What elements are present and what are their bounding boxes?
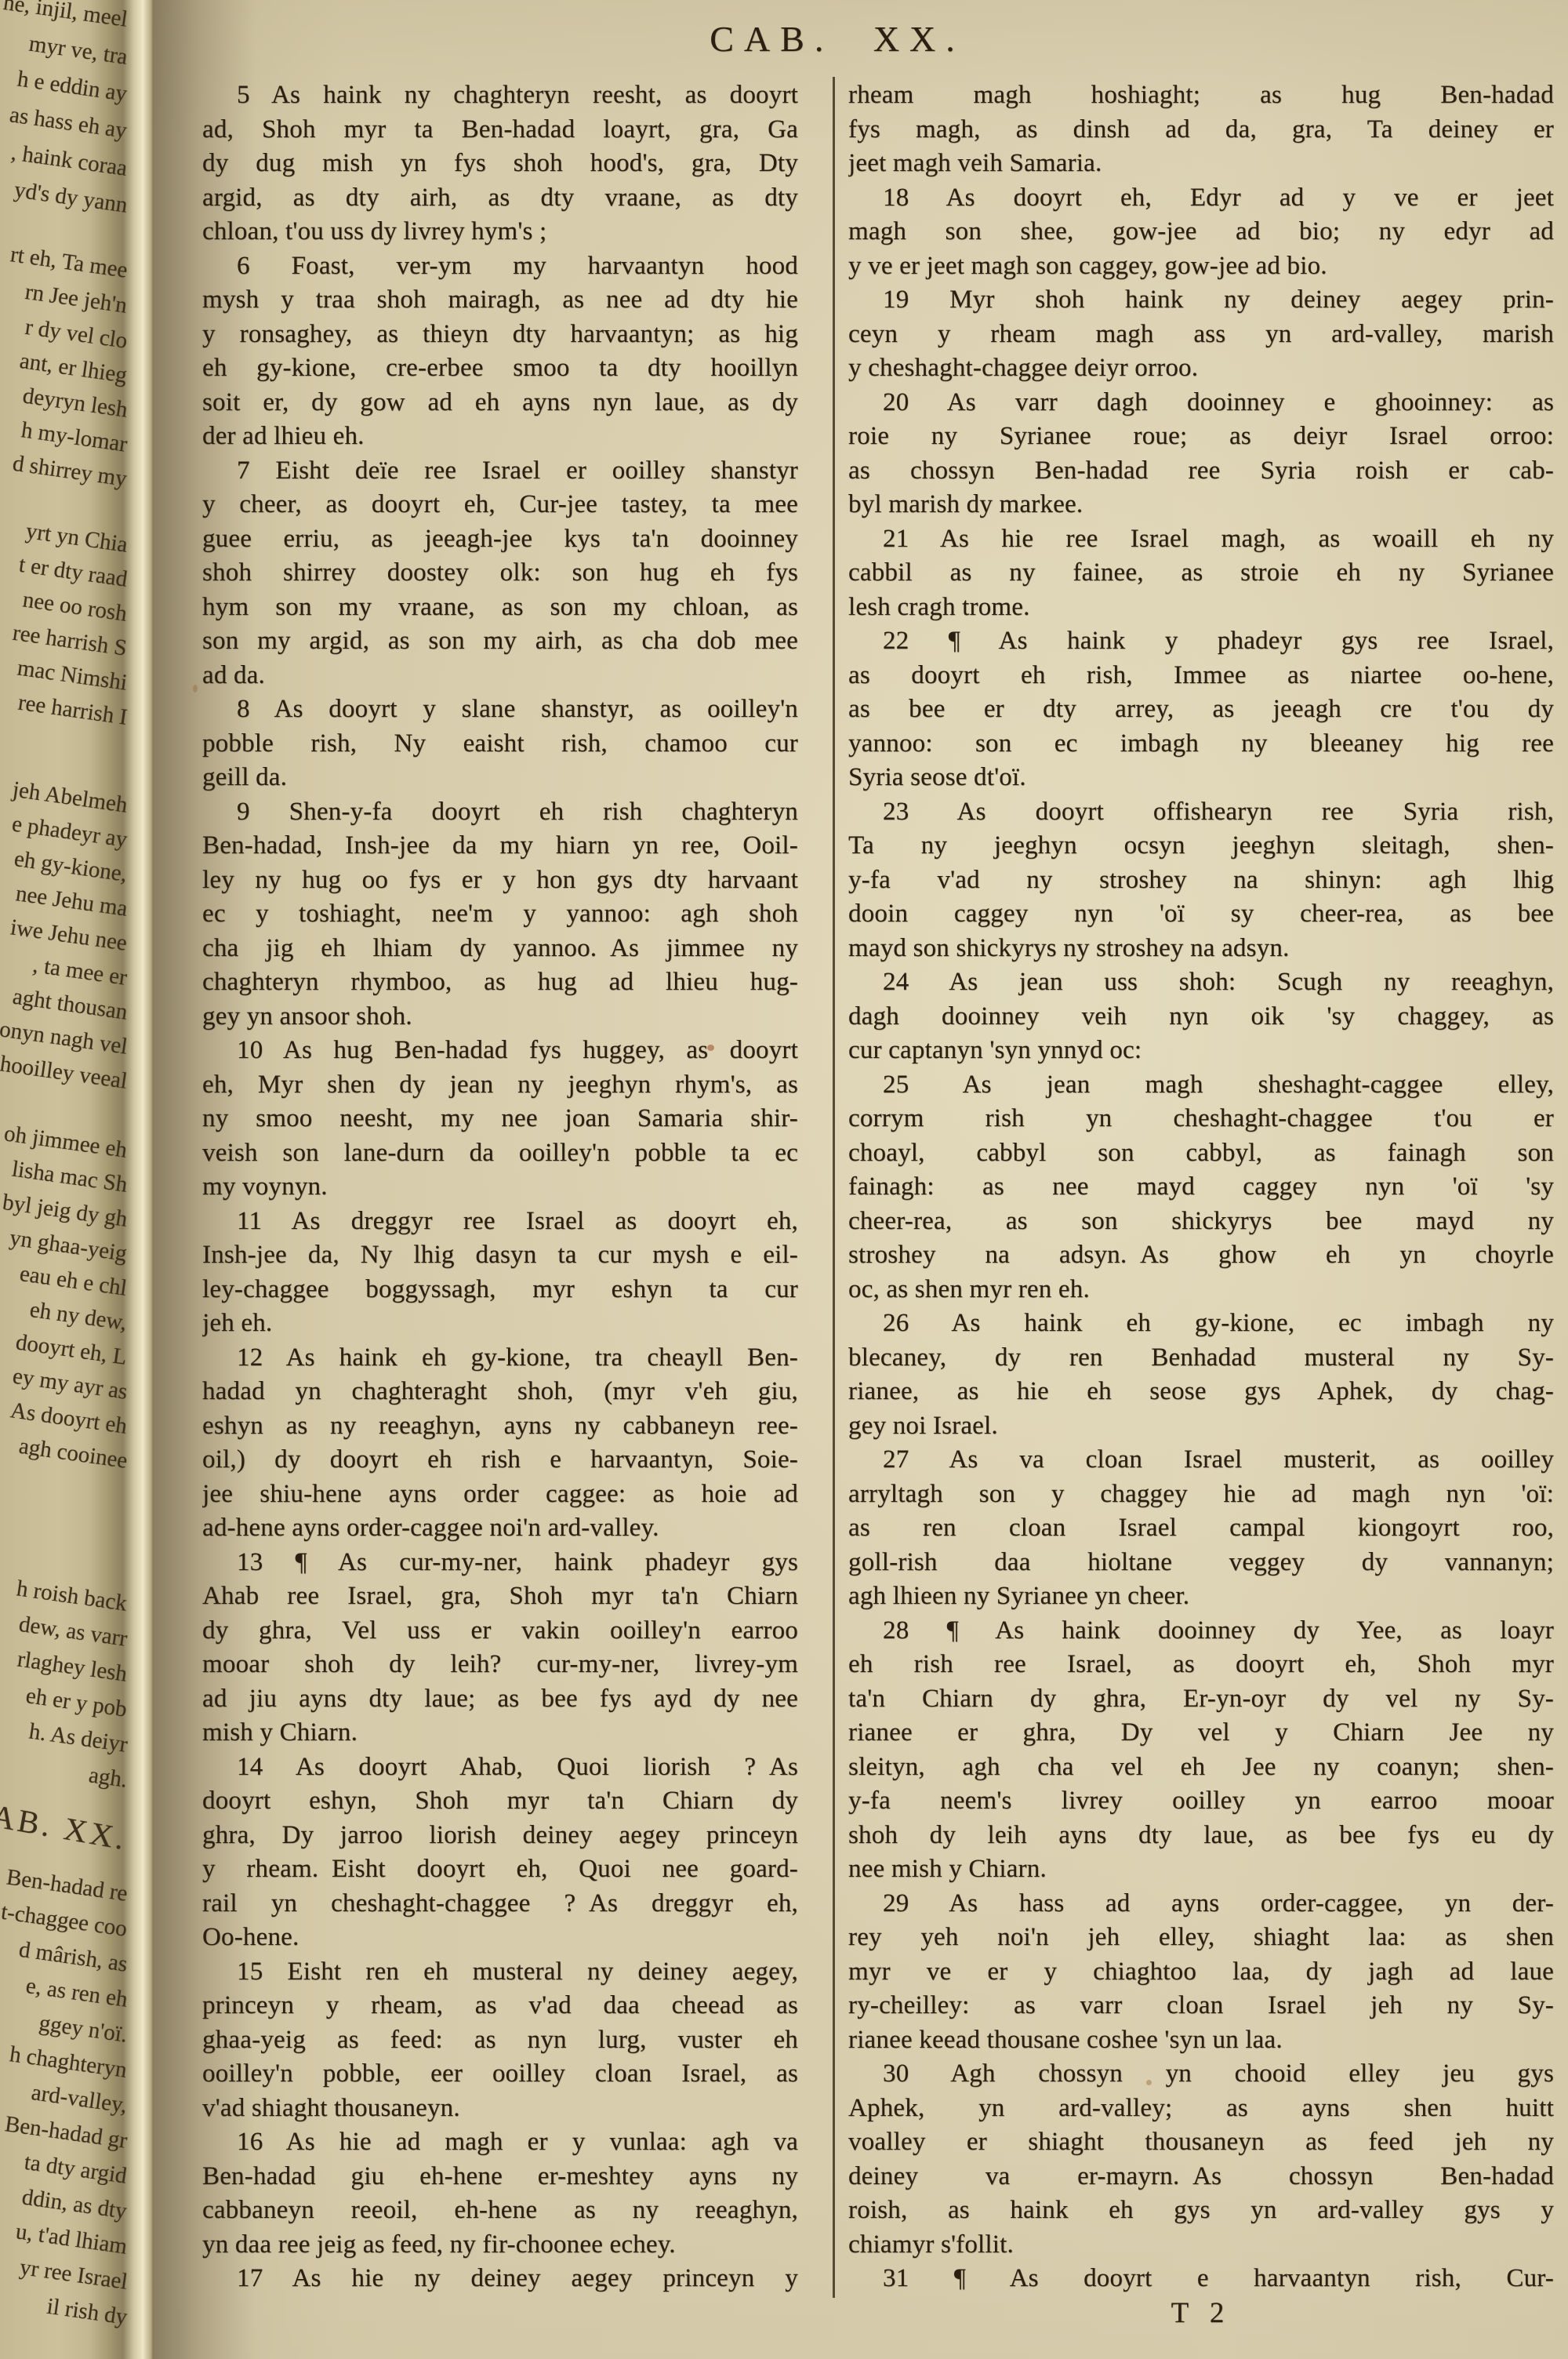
verse-line: 17 As hie ny deiney aegey princeyn y	[202, 2262, 798, 2296]
verse-line: eh rish ree Israel, as dooyrt eh, Shoh m…	[848, 1648, 1554, 1682]
verse-line: chiamyr s'follit.	[848, 2228, 1554, 2263]
margin-text-fragment: rn Jee jeh'n	[24, 280, 129, 318]
verse: 7 Eisht deïe ree Israel er ooilley shans…	[202, 454, 798, 693]
margin-text-fragment: e phadeyr ay	[10, 812, 129, 852]
verse-line: Insh-jee da, Ny lhig dasyn ta cur mysh e…	[202, 1238, 798, 1273]
verse: 21 As hie ree Israel magh, as woaill eh …	[848, 522, 1554, 625]
verse-line: Ben-hadad giu eh-hene er-meshtey ayns ny	[202, 2160, 798, 2194]
verse-line: eh gy-kione, cre-erbee smoo ta dty hooil…	[202, 351, 798, 386]
column-divider-rule	[833, 77, 835, 2298]
margin-text-fragment: ta dty argid	[24, 2150, 129, 2188]
verse-line: 26 As haink eh gy-kione, ec imbagh ny	[848, 1307, 1554, 1341]
verse: 12 As haink eh gy-kione, tra cheayll Ben…	[202, 1341, 798, 1546]
verse-line: byl marish dy markee.	[848, 488, 1554, 522]
verse: 9 Shen-y-fa dooyrt eh rish chaghterynBen…	[202, 795, 798, 1034]
verse-line: 11 As dreggyr ree Israel as dooyrt eh,	[202, 1205, 798, 1239]
verse: 6 Foast, ver-ym my harvaantyn hoodmysh y…	[202, 249, 798, 454]
verse-line: ad da.	[202, 659, 798, 693]
margin-text-fragment: u, t'ad lhiam	[14, 2219, 129, 2259]
verse-line: 5 As haink ny chaghteryn reesht, as dooy…	[202, 78, 798, 113]
verse-line: 18 As dooyrt eh, Edyr ad y ve er jeet	[848, 181, 1554, 216]
margin-text-fragment: yr ree Israel	[18, 2255, 129, 2294]
verse-line: rey yeh noi'n jeh elley, shiaght laa: as…	[848, 1921, 1554, 1955]
verse-line: Ben-hadad, Insh-jee da my hiarn yn ree, …	[202, 829, 798, 863]
margin-text-fragment: d mârish, as	[17, 1938, 129, 1976]
verse-line: geill da.	[202, 761, 798, 795]
margin-text-fragment: h chaghteryn	[9, 2042, 129, 2082]
verse-line: chloan, t'ou uss dy livrey hym's ;	[202, 215, 798, 249]
verse-line: my voynyn.	[202, 1170, 798, 1205]
verse-line: voalley er shiaght thousaneyn as feed je…	[848, 2125, 1554, 2160]
verse: 17 As hie ny deiney aegey princeyn y	[202, 2262, 798, 2296]
verse-line: hadad yn chaghteraght shoh, (myr v'eh gi…	[202, 1375, 798, 1409]
verse-line: y ve er jeet magh son caggey, gow-jee ad…	[848, 249, 1554, 284]
verse: 24 As jean uss shoh: Scugh ny reeaghyn,d…	[848, 965, 1554, 1068]
margin-text-fragment: agh.	[87, 1763, 129, 1792]
verse-line: 31 ¶ As dooyrt e harvaantyn rish, Cur-	[848, 2262, 1554, 2296]
verse-line: dagh dooinney veih nyn oik 'sy chaggey, …	[848, 1000, 1554, 1034]
verse-line: mish y Chiarn.	[202, 1716, 798, 1750]
verse-line: deiney va er-mayrn. As chossyn Ben-hadad	[848, 2160, 1554, 2194]
verse-line: mooar shoh dy leih? cur-my-ner, livrey-y…	[202, 1648, 798, 1682]
margin-text-fragment: rlaghey lesh	[16, 1648, 129, 1686]
verse-line: dy ghra, Vel uss er vakin ooilley'n earr…	[202, 1614, 798, 1648]
margin-text-fragment: h roish back	[16, 1576, 129, 1615]
verse-line: der ad lhieu eh.	[202, 420, 798, 454]
verse: 30 Agh chossyn yn chooid elley jeu gysAp…	[848, 2057, 1554, 2262]
verse-line: Ta ny jeeghyn ocsyn jeeghyn sleitagh, sh…	[848, 829, 1554, 863]
verse-line: 15 Eisht ren eh musteral ny deiney aegey…	[202, 1955, 798, 1990]
margin-text-fragment: e, as ren eh	[24, 1974, 129, 2012]
verse-line: ec y toshiaght, nee'm y yannoo: agh shoh	[202, 897, 798, 932]
verse-line: cabbil as ny fainee, as stroie eh ny Syr…	[848, 556, 1554, 591]
verse-line: ry-cheilley: as varr cloan Israel jeh ny…	[848, 1989, 1554, 2023]
verse-line: ley-chaggee boggyssagh, myr eshyn ta cur	[202, 1273, 798, 1307]
verse-line: ceyn y rheam magh ass yn ard-valley, mar…	[848, 318, 1554, 352]
verse-line: rianee er ghra, Dy vel y Chiarn Jee ny	[848, 1716, 1554, 1750]
margin-text-fragment: rt eh, Ta mee	[9, 242, 129, 282]
verse-line: rianee keead thousane coshee 'syn un laa…	[848, 2023, 1554, 2058]
margin-text-fragment: dew, as varr	[17, 1612, 129, 1651]
verse-line: fainagh: as nee mayd caggey nyn 'oï 'sy	[848, 1170, 1554, 1205]
verse-line: ad-hene ayns order-caggee noi'n ard-vall…	[202, 1511, 798, 1546]
verse-line: rianee, as hie eh seose gys Aphek, dy ch…	[848, 1375, 1554, 1409]
verse-line: 19 Myr shoh haink ny deiney aegey prin-	[848, 283, 1554, 318]
verse-line: fys magh, as dinsh ad da, gra, Ta deiney…	[848, 113, 1554, 147]
verse-line: sleityn, agh cha vel eh Jee ny coanyn; s…	[848, 1750, 1554, 1785]
verse-line: ghra, Dy jarroo liorish deiney aegey pri…	[202, 1819, 798, 1853]
verse-line: magh son shee, gow-jee ad bio; ny edyr a…	[848, 215, 1554, 249]
verse-line: ooilley'n pobble, eer ooilley cloan Isra…	[202, 2057, 798, 2092]
age-speck	[193, 685, 198, 692]
margin-text-fragment: ree harrish I	[16, 691, 129, 729]
verse-line: chaghteryn rhymboo, as hug ad lhieu hug-	[202, 965, 798, 1000]
margin-text-fragment: , ta mee er	[31, 953, 129, 990]
verse-line: cabbaneyn reeoil, eh-hene as ny reeaghyn…	[202, 2194, 798, 2228]
verse-line: nee mish y Chiarn.	[848, 1852, 1554, 1887]
verse-line: roie ny Syrianee roue; as deiyr Israel o…	[848, 420, 1554, 454]
verse-line: gey yn ansoor shoh.	[202, 1000, 798, 1034]
verse-line: myr ve er y chiaghtoo laa, dy jagh ad la…	[848, 1955, 1554, 1990]
text-column-right: rheam magh hoshiaght; as hug Ben-hadadfy…	[848, 78, 1554, 2296]
verse-line: 21 As hie ree Israel magh, as woaill eh …	[848, 522, 1554, 557]
margin-text-fragment: t-chaggee coo	[0, 1900, 129, 1941]
margin-text-fragment: ant, er lhieg	[19, 349, 129, 387]
margin-text-fragment: Ben-hadad gr	[3, 2112, 129, 2153]
verse: 5 As haink ny chaghteryn reesht, as dooy…	[202, 78, 798, 249]
verse-line: as chossyn Ben-hadad ree Syria roish er …	[848, 454, 1554, 489]
verse: 14 As dooyrt Ahab, Quoi liorish ? Asdooy…	[202, 1750, 798, 1955]
scanned-book-page: ne, injil, meelmyr ve, trah e eddin ayas…	[0, 0, 1568, 2359]
margin-text-fragment: As dooyrt eh	[9, 1398, 129, 1438]
verse-line: 6 Foast, ver-ym my harvaantyn hood	[202, 249, 798, 284]
verse-line: 27 As va cloan Israel musterit, as ooill…	[848, 1443, 1554, 1478]
margin-text-fragment: myr ve, tra	[27, 32, 129, 69]
margin-text-fragment: dooyrt eh, L	[15, 1330, 129, 1369]
verse-line: ad, Shoh myr ta Ben-hadad loayrt, gra, G…	[202, 113, 798, 147]
verse: 11 As dreggyr ree Israel as dooyrt eh,In…	[202, 1205, 798, 1341]
verse-line: stroshey na adsyn. As ghow eh yn choyrle	[848, 1238, 1554, 1273]
verse-line: eh, Myr shen dy jean ny jeeghyn rhym's, …	[202, 1068, 798, 1103]
verse-line: gey noi Israel.	[848, 1409, 1554, 1444]
verse-line: y cheshaght-chaggee deiyr orroo.	[848, 351, 1554, 386]
verse-line: y ronsaghey, as thieyn dty harvaantyn; a…	[202, 318, 798, 352]
verse-line: mayd son shickyrys ny stroshey na adsyn.	[848, 932, 1554, 966]
margin-text-fragment: , haink coraa	[9, 140, 129, 180]
verse-line: dooin caggey nyn 'oï sy cheer-rea, as be…	[848, 897, 1554, 932]
margin-text-fragment: yd's dy yann	[13, 178, 129, 217]
margin-text-fragment: deyryn lesh	[21, 383, 129, 421]
verse-line: y cheer, as dooyrt eh, Cur-jee tastey, t…	[202, 488, 798, 522]
verse-line: as bee er dty arrey, as jeeagh cre t'ou …	[848, 692, 1554, 727]
verse-line: ley ny hug oo fys er y hon gys dty harva…	[202, 863, 798, 898]
verse: 20 As varr dagh dooinney e ghooinney: as…	[848, 386, 1554, 522]
signature-mark: T 2	[848, 2296, 1554, 2330]
verse-line: 13 ¶ As cur-my-ner, haink phadeyr gys	[202, 1546, 798, 1580]
verse-line: as ren cloan Israel campal kiongoyrt roo…	[848, 1511, 1554, 1546]
margin-text-fragment: eh gy-kione,	[13, 847, 129, 886]
margin-text-fragment: CAB. XX.	[0, 1799, 129, 1850]
verse: 31 ¶ As dooyrt e harvaantyn rish, Cur-	[848, 2262, 1554, 2296]
verse: 16 As hie ad magh er y vunlaa: agh vaBen…	[202, 2125, 798, 2262]
verse-line: roish, as haink eh gys yn ard-valley gys…	[848, 2194, 1554, 2228]
verse-line: ny smoo neesht, my nee joan Samaria shir…	[202, 1102, 798, 1136]
verse: 18 As dooyrt eh, Edyr ad y ve er jeetmag…	[848, 181, 1554, 284]
verse-line: oil,) dy dooyrt eh rish e harvaantyn, So…	[202, 1443, 798, 1478]
verse-line: agh lhieen ny Syrianee yn cheer.	[848, 1579, 1554, 1614]
verse-line: as dooyrt eh rish, Immee as niartee oo-h…	[848, 659, 1554, 693]
verse-line: 12 As haink eh gy-kione, tra cheayll Ben…	[202, 1341, 798, 1376]
margin-text-fragment: ddin, as dty	[21, 2185, 129, 2223]
verse-line: cha jig eh lhiam dy yannoo. As jimmee ny	[202, 932, 798, 966]
verse-line: shoh shirrey doostey olk: son hug eh fys	[202, 556, 798, 591]
margin-text-fragment: aght thousan	[11, 985, 129, 1024]
verse: 23 As dooyrt offishearyn ree Syria rish,…	[848, 795, 1554, 966]
verse-line: 16 As hie ad magh er y vunlaa: agh va	[202, 2125, 798, 2160]
verse-line: veish son lane-durn da ooilley'n pobble …	[202, 1136, 798, 1171]
margin-text-fragment: agh cooinee	[17, 1434, 129, 1473]
margin-text-fragment: iwe Jehu nee	[9, 915, 129, 955]
verse-line: pobble rish, Ny eaisht rish, chamoo cur	[202, 727, 798, 761]
verse-line: y-fa v'ad ny stroshey na shinyn: agh lhi…	[848, 863, 1554, 898]
verse-line: rheam magh hoshiaght; as hug Ben-hadad	[848, 78, 1554, 113]
verse-line: ad jiu ayns dty laue; as bee fys ayd dy …	[202, 1682, 798, 1717]
margin-text-fragment: ree harrish S	[12, 621, 129, 660]
verse-line: 9 Shen-y-fa dooyrt eh rish chaghteryn	[202, 795, 798, 830]
margin-text-fragment: r dy vel clo	[24, 315, 129, 353]
verse-line: 14 As dooyrt Ahab, Quoi liorish ? As	[202, 1750, 798, 1785]
verse-line: choayl, cabbyl son cabbyl, as fainagh so…	[848, 1136, 1554, 1171]
verse-line: 23 As dooyrt offishearyn ree Syria rish,	[848, 795, 1554, 830]
margin-text-fragment: il rish dy	[45, 2295, 129, 2329]
verse-line: yannoo: son ec imbagh ny bleeaney hig re…	[848, 727, 1554, 761]
margin-text-fragment: ey my ayr as	[11, 1365, 129, 1404]
verse-line: y-fa neem's livrey ooilley yn earroo moo…	[848, 1784, 1554, 1819]
verse-line: mysh y traa shoh mairagh, as nee ad dty …	[202, 283, 798, 318]
verse: 27 As va cloan Israel musterit, as ooill…	[848, 1443, 1554, 1614]
verse-line: jeh eh.	[202, 1307, 798, 1341]
verse-line: princeyn y rheam, as v'ad daa cheead as	[202, 1989, 798, 2023]
verse: 22 ¶ As haink y phadeyr gys ree Israel,a…	[848, 624, 1554, 795]
verse-line: dooyrt eshyn, Shoh myr ta'n Chiarn dy	[202, 1784, 798, 1819]
verse-line: dy dug mish yn fys shoh hood's, gra, Dty	[202, 147, 798, 181]
margin-text-fragment: as hass eh ay	[9, 103, 129, 143]
verse: 28 ¶ As haink dooinney dy Yee, as loayre…	[848, 1614, 1554, 1887]
verse: 29 As hass ad ayns order-caggee, yn der-…	[848, 1887, 1554, 2058]
verse-line: ghaa-yeig as feed: as nyn lurg, vuster e…	[202, 2023, 798, 2058]
verse-line: Syria seose dt'oï.	[848, 761, 1554, 795]
verse-line: goll-rish daa hioltane veggey dy vannany…	[848, 1546, 1554, 1580]
verse-line: yn daa ree jeig as feed, ny fir-choonee …	[202, 2228, 798, 2263]
margin-text-fragment: ggey n'oï.	[38, 2011, 129, 2046]
verse-line: argid, as dty airh, as dty vraane, as dt…	[202, 181, 798, 216]
margin-text-fragment: ne, injil, meel	[2, 0, 129, 31]
chapter-running-head: CAB. XX.	[202, 17, 1472, 61]
verse-line: rail yn cheshaght-chaggee ? As dreggyr e…	[202, 1887, 798, 1921]
verse-line: ta'n Chiarn dy ghra, Er-yn-oyr dy vel ny…	[848, 1682, 1554, 1717]
verse-line: 7 Eisht deïe ree Israel er ooilley shans…	[202, 454, 798, 489]
verse-line: Oo-hene.	[202, 1921, 798, 1955]
verse: 25 As jean magh sheshaght-caggee elley,c…	[848, 1068, 1554, 1307]
verse-line: 24 As jean uss shoh: Scugh ny reeaghyn,	[848, 965, 1554, 1000]
verse-line: 28 ¶ As haink dooinney dy Yee, as loayr	[848, 1614, 1554, 1648]
verse-line: son my argid, as son my airh, as cha dob…	[202, 624, 798, 659]
verse-line: hym son my vraane, as son my chloan, as	[202, 591, 798, 625]
verse-line: v'ad shiaght thousaneyn.	[202, 2092, 798, 2126]
verse-line: blecaney, dy ren Benhadad musteral ny Sy…	[848, 1341, 1554, 1376]
margin-text-fragment: h e eddin ay	[16, 67, 129, 106]
margin-text-fragment: yrt yn Chia	[24, 519, 129, 557]
verse-line: soit er, dy gow ad eh ayns nyn laue, as …	[202, 386, 798, 420]
margin-text-fragment: lisha mac Sh	[10, 1158, 129, 1197]
verse-line: oc, as shen myr ren eh.	[848, 1273, 1554, 1307]
verse-line: Aphek, yn ard-valley; as ayns shen huitt	[848, 2092, 1554, 2126]
verse-line: 8 As dooyrt y slane shanstyr, as ooilley…	[202, 692, 798, 727]
verse-line: eshyn as ny reeaghyn, ayns ny cabbaneyn …	[202, 1409, 798, 1444]
margin-text-fragment: h my-lomar	[20, 418, 129, 456]
verse-line: cur captanyn 'syn ynnyd oc:	[848, 1034, 1554, 1068]
verse-line: 25 As jean magh sheshaght-caggee elley,	[848, 1068, 1554, 1103]
verse-line: guee erriu, as jeeagh-jee kys ta'n dooin…	[202, 522, 798, 557]
verse-line: arryltagh son y chaggey hie ad magh nyn …	[848, 1478, 1554, 1512]
verse: 26 As haink eh gy-kione, ec imbagh nyble…	[848, 1307, 1554, 1443]
verse-line: cheer-rea, as son shickyrys bee mayd ny	[848, 1205, 1554, 1239]
margin-text-fragment: Ben-hadad re	[5, 1866, 129, 1906]
margin-text-fragment: eh ny dew,	[29, 1298, 129, 1335]
previous-page-edge: ne, injil, meelmyr ve, trah e eddin ayas…	[0, 0, 154, 2359]
margin-text-fragment: onyn nagh vel	[0, 1017, 129, 1059]
margin-text-fragment: t er dty raad	[17, 553, 129, 591]
verse: 15 Eisht ren eh musteral ny deiney aegey…	[202, 1955, 798, 2126]
verse: 19 Myr shoh haink ny deiney aegey prin-c…	[848, 283, 1554, 386]
margin-text-fragment: eh er y pob	[25, 1684, 129, 1721]
verse: 10 As hug Ben-hadad fys huggey, as dooyr…	[202, 1034, 798, 1205]
verse-line: shoh dy leih ayns dty laue, as bee fys e…	[848, 1819, 1554, 1853]
verse: 8 As dooyrt y slane shanstyr, as ooilley…	[202, 692, 798, 795]
margin-text-fragment: nee Jehu ma	[14, 881, 129, 921]
margin-text-fragment: byl jeig dy gh	[1, 1190, 129, 1231]
margin-text-fragment: d shirrey my	[12, 452, 129, 491]
verse-line: 22 ¶ As haink y phadeyr gys ree Israel,	[848, 624, 1554, 659]
verse-line: y rheam. Eisht dooyrt eh, Quoi nee goard…	[202, 1852, 798, 1887]
margin-text-fragment: yn ghaa-yeig	[9, 1226, 129, 1266]
verse-line: 10 As hug Ben-hadad fys huggey, as dooyr…	[202, 1034, 798, 1068]
verse-line: Ahab ree Israel, gra, Shoh myr ta'n Chia…	[202, 1579, 798, 1614]
verse-line: corrym rish yn cheshaght-chaggee t'ou er	[848, 1102, 1554, 1136]
verse: 13 ¶ As cur-my-ner, haink phadeyr gysAha…	[202, 1546, 798, 1750]
margin-text-fragment: h. As deiyr	[27, 1720, 129, 1757]
verse-line: 30 Agh chossyn yn chooid elley jeu gys	[848, 2057, 1554, 2092]
verse-line: lesh cragh trome.	[848, 591, 1554, 625]
margin-text-fragment: ard-valley,	[30, 2081, 129, 2117]
margin-text-fragment: jeh Abelmeh	[11, 778, 129, 817]
margin-text-fragment: nee oo rosh	[22, 588, 129, 626]
verse-line: 20 As varr dagh dooinney e ghooinney: as	[848, 386, 1554, 420]
margin-text-fragment: oh jimmee eh	[3, 1121, 129, 1162]
margin-text-fragment: mac Nimshi	[16, 656, 129, 695]
verse: rheam magh hoshiaght; as hug Ben-hadadfy…	[848, 78, 1554, 181]
text-column-left: 5 As haink ny chaghteryn reesht, as dooy…	[202, 78, 798, 2296]
verse-line: 29 As hass ad ayns order-caggee, yn der-	[848, 1887, 1554, 1921]
verse-line: jeet magh veih Samaria.	[848, 147, 1554, 181]
margin-text-fragment: eau eh e chl	[19, 1262, 129, 1300]
verse-line: jee shiu-hene ayns order caggee: as hoie…	[202, 1478, 798, 1512]
